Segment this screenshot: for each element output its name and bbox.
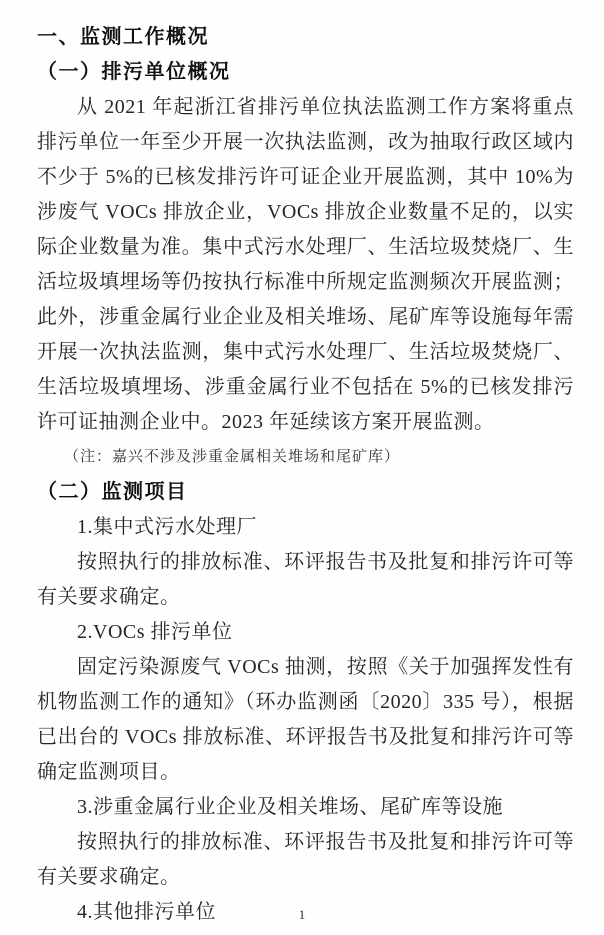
item-3-title: 3.涉重金属行业企业及相关堆场、尾矿库等设施 (37, 790, 574, 825)
section-heading-main: 一、监测工作概况 (37, 20, 574, 55)
page-number: 1 (0, 907, 604, 923)
item-3-body: 按照执行的排放标准、环评报告书及批复和排污许可等有关要求确定。 (37, 825, 574, 895)
subsection-heading-pollutant-units: （一）排污单位概况 (37, 55, 574, 90)
subsection-heading-monitoring-items: （二）监测项目 (37, 475, 574, 510)
document-page: 一、监测工作概况 （一）排污单位概况 从 2021 年起浙江省排污单位执法监测工… (0, 0, 604, 935)
document-body: 一、监测工作概况 （一）排污单位概况 从 2021 年起浙江省排污单位执法监测工… (37, 20, 574, 930)
note-line: （注：嘉兴不涉及涉重金属相关堆场和尾矿库） (37, 440, 574, 475)
item-2-body: 固定污染源废气 VOCs 抽测，按照《关于加强挥发性有机物监测工作的通知》（环办… (37, 650, 574, 790)
item-1-body: 按照执行的排放标准、环评报告书及批复和排污许可等有关要求确定。 (37, 545, 574, 615)
item-1-title: 1.集中式污水处理厂 (37, 510, 574, 545)
paragraph-overview: 从 2021 年起浙江省排污单位执法监测工作方案将重点排污单位一年至少开展一次执… (37, 90, 574, 440)
item-2-title: 2.VOCs 排污单位 (37, 615, 574, 650)
